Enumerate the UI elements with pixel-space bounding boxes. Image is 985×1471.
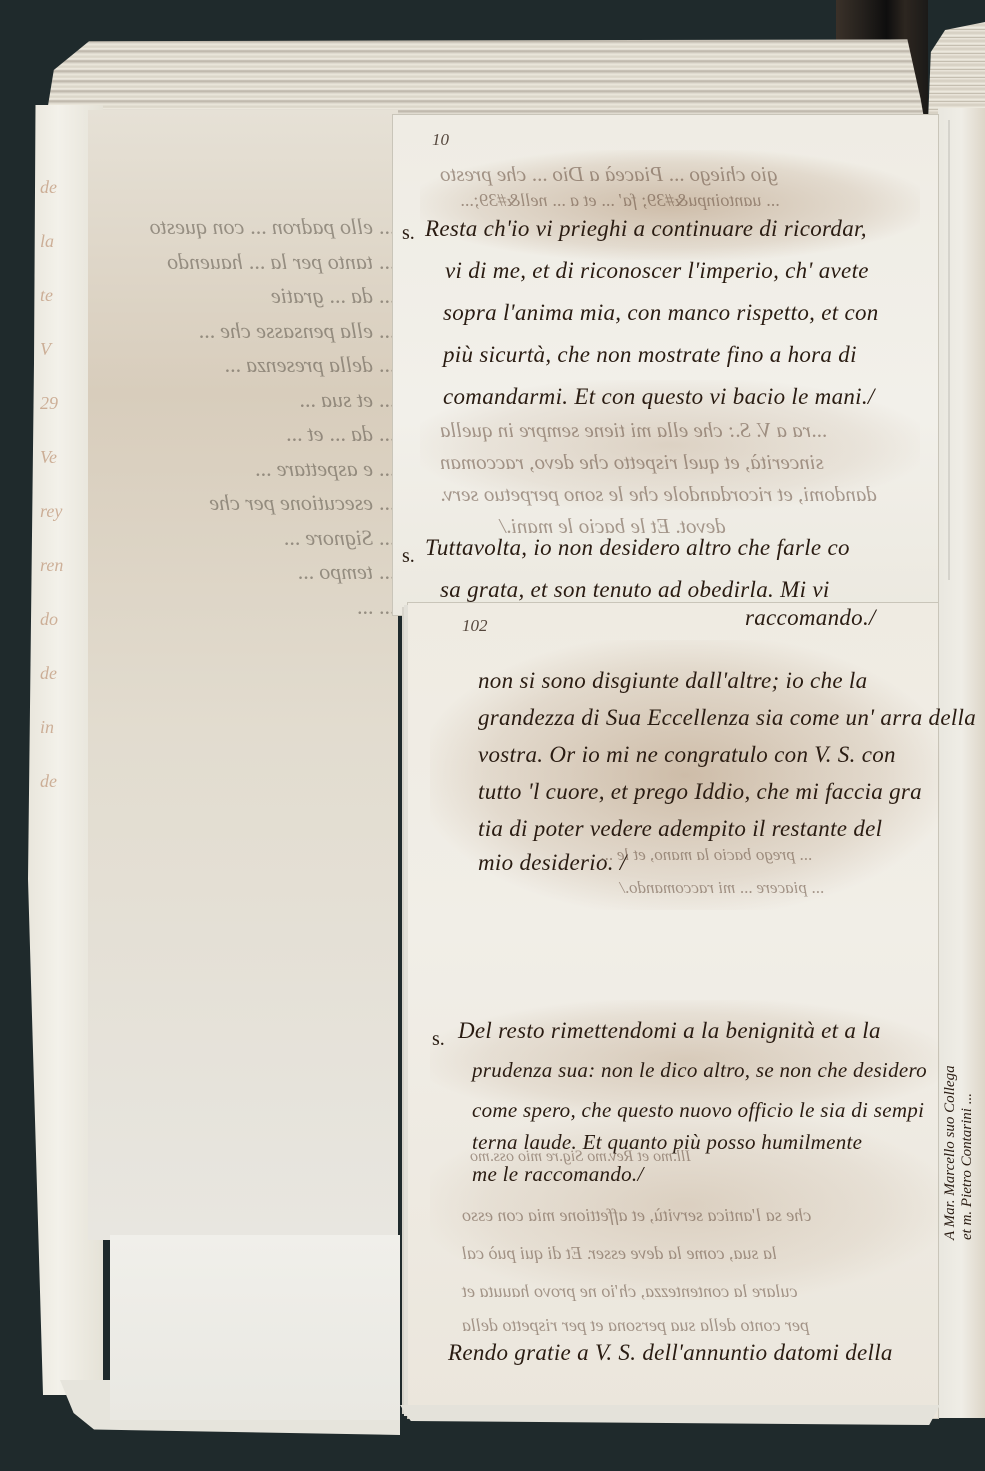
text-line: sa grata, et son tenuto ad obedirla. Mi …	[440, 577, 830, 603]
bleed-through-line: la sua, come la deve esser. Et di qui pu…	[462, 1243, 777, 1264]
text-line: Del resto rimettendomi a la benignità et…	[458, 1018, 881, 1044]
bleed-through-line: ... prego bacio la mano, et le ...	[600, 845, 812, 865]
text-line: comandarmi. Et con questo vi bacio le ma…	[443, 384, 875, 410]
text-line: tia di poter vedere adempito il restante…	[478, 816, 882, 842]
bleed-through-line: dandomi, et ricordandole che le sono per…	[440, 482, 877, 507]
page-block-edge-right	[928, 22, 985, 122]
left-sheet-lower-strip	[110, 1235, 400, 1420]
text-line: vi di me, et di riconoscer l'imperio, ch…	[445, 258, 869, 284]
paragraph-marker: s.	[402, 545, 415, 568]
text-line: prudenza sua: non le dico altro, se non …	[472, 1058, 927, 1083]
bleed-through-line: ...ra a V. S.: che ella mi tiene sempre …	[440, 418, 827, 443]
bleed-through-line: sincerità, et quel rispetto che devo, ra…	[440, 450, 824, 475]
text-line: Resta ch'io vi prieghi a continuare di r…	[425, 216, 867, 242]
margin-address-note: A Mar. Marcello suo Collega et m. Pietro…	[942, 1065, 976, 1240]
lower-leaf-bottom-edge	[400, 1405, 940, 1425]
paragraph-marker: s.	[402, 222, 415, 245]
bleed-through-line: culare la contentezza, ch'io ne provo ha…	[462, 1281, 797, 1302]
text-line: vostra. Or io mi ne congratulo con V. S.…	[478, 742, 896, 768]
bleed-through-line: per conto della sua persona et per rispe…	[462, 1315, 809, 1336]
text-line: raccomando./	[745, 605, 876, 631]
left-sheet-bleed-through: ... ello padron ... con questo ... tanto…	[100, 210, 395, 710]
text-line: più sicurtà, che non mostrate fino a hor…	[443, 342, 857, 368]
paragraph-marker: s.	[432, 1028, 445, 1051]
right-leaf-fold	[948, 120, 980, 580]
text-line: grandezza di Sua Eccellenza sia come un'…	[478, 705, 976, 731]
bleed-through-line: Ill.mo et Rev.mo Sig.re mio oss.mo	[470, 1148, 691, 1166]
text-line: sopra l'anima mia, con manco rispetto, e…	[443, 300, 879, 326]
text-line: Tuttavolta, io non desidero altro che fa…	[425, 535, 850, 561]
bleed-through-line: che sa l'antica servitù, et affettione m…	[462, 1205, 811, 1226]
bleed-through-line: ... piacere ... mi raccomando./	[620, 878, 824, 898]
text-line: come spero, che questo nuovo officio le …	[472, 1098, 924, 1123]
text-line: Rendo gratie a V. S. dell'annuntio datom…	[448, 1340, 893, 1366]
folio-number-upper: 10	[432, 130, 449, 150]
text-line: tutto 'l cuore, et prego Iddio, che mi f…	[478, 779, 922, 805]
folio-number-lower: 102	[462, 616, 488, 636]
bleed-through-line: ... uantoinpu&#39; fa' ... et a ... nell…	[460, 190, 779, 211]
text-line: non si sono disgiunte dall'altre; io che…	[478, 668, 867, 694]
bleed-through-line: gio chiego ... Piaceà a Dio ... che pres…	[440, 162, 777, 187]
